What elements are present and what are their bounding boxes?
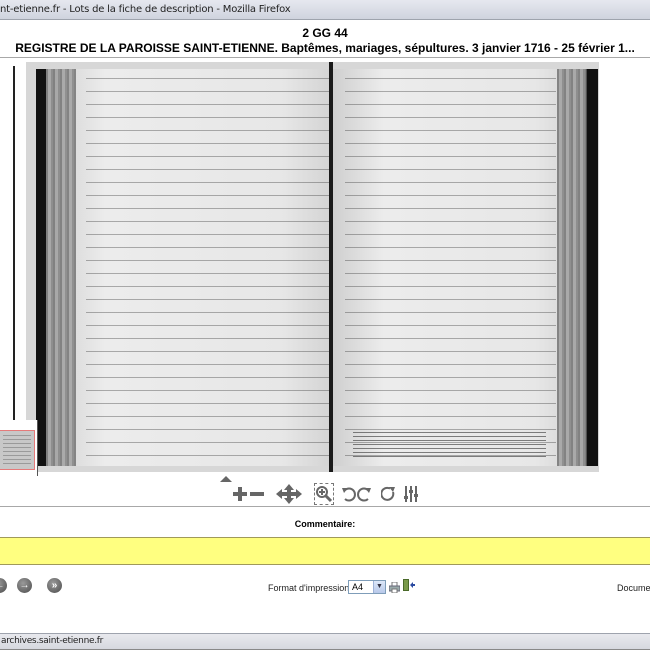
print-button[interactable]: [389, 580, 400, 591]
document-link[interactable]: Documen: [617, 583, 650, 593]
last-page-button[interactable]: »: [47, 578, 62, 593]
rotate-ccw-icon: [341, 486, 356, 502]
viewer-toolbar: [0, 476, 650, 506]
print-format-label: Format d'impression:: [268, 583, 352, 593]
handwriting-lines: [86, 69, 331, 466]
chevron-down-icon[interactable]: ▼: [373, 581, 385, 593]
scan-right-binding: [557, 69, 587, 466]
minus-icon: [249, 486, 265, 502]
document-title: REGISTRE DE LA PAROISSE SAINT-ETIENNE. B…: [0, 41, 650, 55]
rotate-right-button[interactable]: [357, 484, 372, 504]
scan-left-binding: [46, 69, 76, 466]
adjust-button[interactable]: [404, 484, 418, 504]
pan-button[interactable]: [276, 484, 302, 504]
plus-icon: [232, 486, 248, 502]
viewer-left-edge: [13, 66, 15, 474]
sliders-icon: [404, 485, 418, 503]
scan-footnote: [353, 432, 546, 458]
document-code: 2 GG 44: [0, 26, 650, 40]
previous-page-button[interactable]: ←: [0, 578, 7, 593]
print-format-value: A4: [352, 582, 363, 592]
rotate-left-button[interactable]: [341, 484, 356, 504]
export-button[interactable]: [403, 578, 415, 590]
move-arrows-icon: [276, 484, 302, 504]
handwriting-lines: [345, 69, 556, 466]
double-arrow-right-circle-icon: »: [52, 580, 58, 591]
magnifier-icon: [315, 485, 333, 503]
window-titlebar: nt-etienne.fr - Lots de la fiche de desc…: [0, 0, 650, 20]
zoom-out-button[interactable]: [249, 484, 265, 504]
overview-thumbnail[interactable]: [0, 430, 35, 470]
scan-left-page: [36, 69, 341, 466]
comment-label: Commentaire:: [0, 519, 650, 529]
rotate-cw-icon: [357, 486, 372, 502]
next-page-button[interactable]: →: [17, 578, 32, 593]
window-title: nt-etienne.fr - Lots de la fiche de desc…: [0, 4, 291, 15]
image-viewer[interactable]: [0, 58, 650, 476]
arrow-left-circle-icon: ←: [0, 580, 5, 591]
browser-statusbar: archives.saint-etienne.fr: [0, 633, 650, 650]
zoom-in-button[interactable]: [232, 484, 248, 504]
print-format-select[interactable]: A4 ▼: [348, 580, 386, 594]
status-text: archives.saint-etienne.fr: [1, 636, 103, 646]
register-scan-image[interactable]: [26, 62, 599, 472]
comment-field[interactable]: [0, 537, 650, 565]
reset-rotation-button[interactable]: [381, 484, 396, 504]
door-exit-icon: [403, 579, 415, 591]
refresh-icon: [381, 486, 396, 502]
arrow-right-circle-icon: →: [20, 580, 30, 591]
collapse-arrow-icon[interactable]: [220, 476, 232, 482]
zoom-region-button[interactable]: [314, 483, 334, 505]
printer-icon: [389, 582, 400, 593]
divider: [0, 506, 650, 507]
